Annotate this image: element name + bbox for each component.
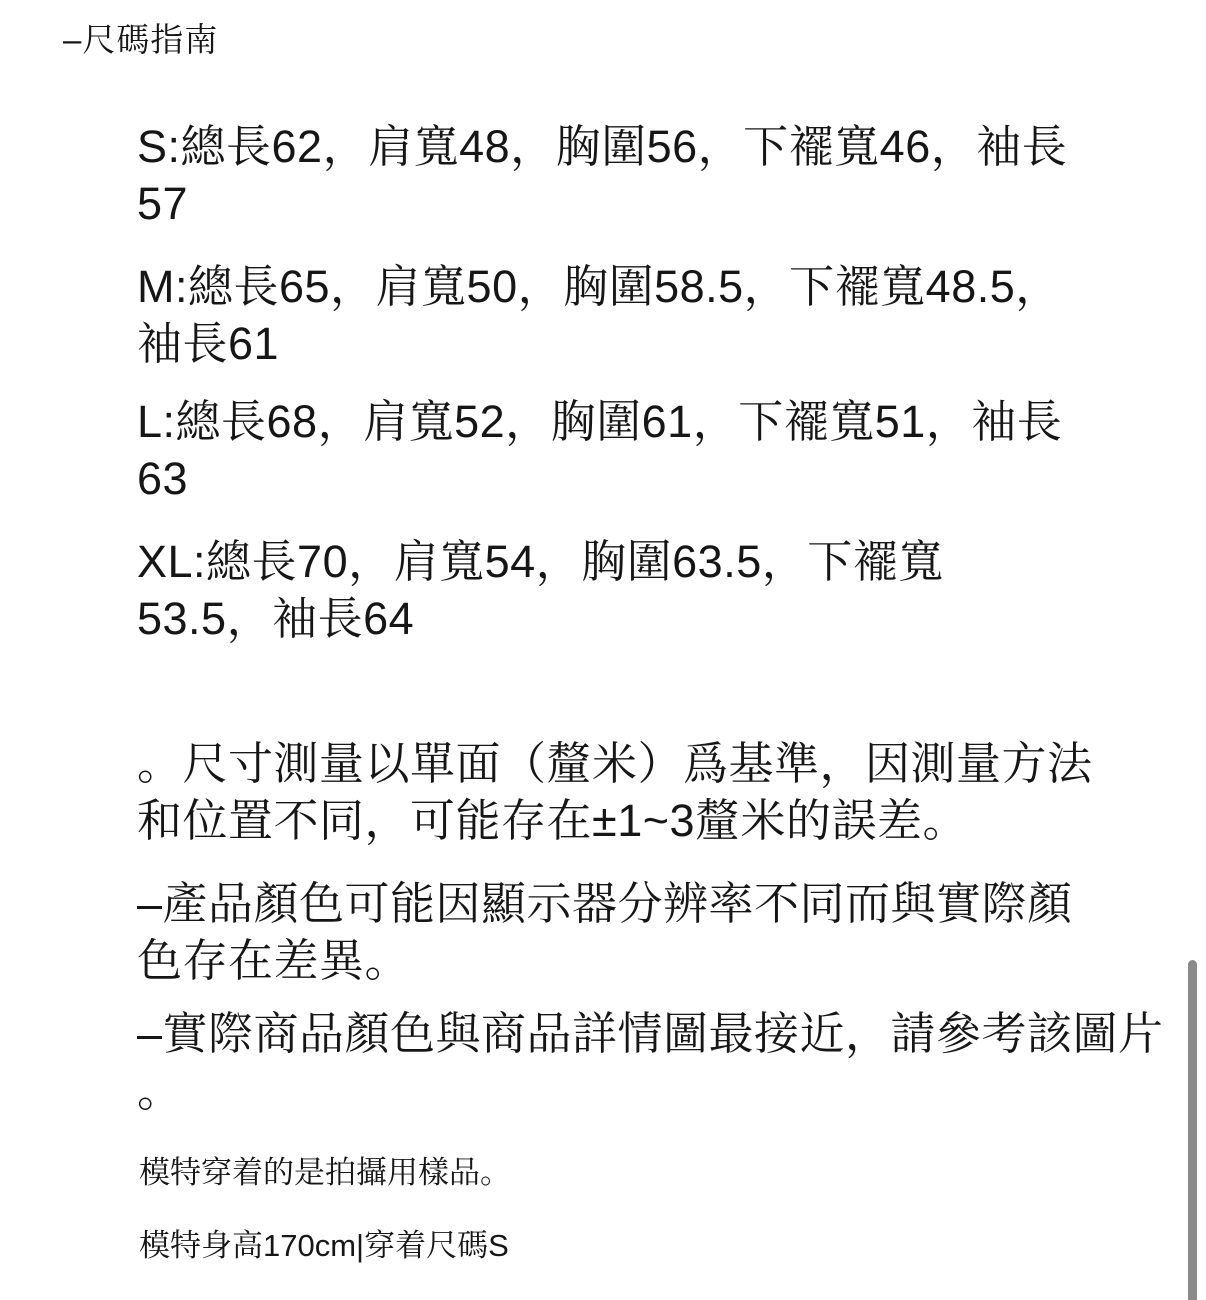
size-row-line: 63 [137, 450, 1062, 507]
size-row-line: S:總長62，肩寬48，胸圍56，下襬寬46，袖長 [137, 118, 1067, 175]
note-measurement: 。尺寸測量以單面（釐米）爲基準，因測量方法 和位置不同，可能存在±1~3釐米的誤… [137, 735, 1093, 849]
size-row-xl: XL:總長70，肩寬54，胸圍63.5，下襬寬 53.5，袖長64 [137, 533, 944, 647]
note-line: 。尺寸測量以單面（釐米）爲基準，因測量方法 [137, 735, 1093, 792]
model-sample-note: 模特穿着的是拍攝用樣品。 [139, 1153, 511, 1193]
scrollbar-thumb[interactable] [1188, 960, 1197, 1300]
note-line: 。 [137, 1062, 1164, 1119]
size-row-l: L:總長68，肩寬52，胸圍61，下襬寬51，袖長 63 [137, 393, 1062, 507]
size-row-line: M:總長65，肩寬50，胸圍58.5，下襬寬48.5， [137, 258, 1061, 315]
size-row-s: S:總長62，肩寬48，胸圍56，下襬寬46，袖長 57 [137, 118, 1067, 232]
size-row-line: L:總長68，肩寬52，胸圍61，下襬寬51，袖長 [137, 393, 1062, 450]
note-line: 和位置不同，可能存在±1~3釐米的誤差。 [137, 792, 1093, 849]
size-row-line: XL:總長70，肩寬54，胸圍63.5，下襬寬 [137, 533, 944, 590]
note-line: –產品顏色可能因顯示器分辨率不同而與實際顏 [137, 875, 1073, 932]
size-row-line: 57 [137, 175, 1067, 232]
size-row-m: M:總長65，肩寬50，胸圍58.5，下襬寬48.5， 袖長61 [137, 258, 1061, 372]
note-color-display: –產品顏色可能因顯示器分辨率不同而與實際顏 色存在差異。 [137, 875, 1073, 989]
size-row-line: 53.5，袖長64 [137, 590, 944, 647]
note-line: 色存在差異。 [137, 932, 1073, 989]
size-row-line: 袖長61 [137, 315, 1061, 372]
note-line: –實際商品顏色與商品詳情圖最接近，請參考該圖片 [137, 1005, 1164, 1062]
note-color-reference: –實際商品顏色與商品詳情圖最接近，請參考該圖片 。 [137, 1005, 1164, 1119]
model-height-size-note: 模特身高170cm|穿着尺碼S [139, 1226, 509, 1266]
product-detail-page: –尺碼指南 S:總長62，肩寬48，胸圍56，下襬寬46，袖長 57 M:總長6… [0, 0, 1206, 1300]
page-title: –尺碼指南 [63, 20, 218, 60]
